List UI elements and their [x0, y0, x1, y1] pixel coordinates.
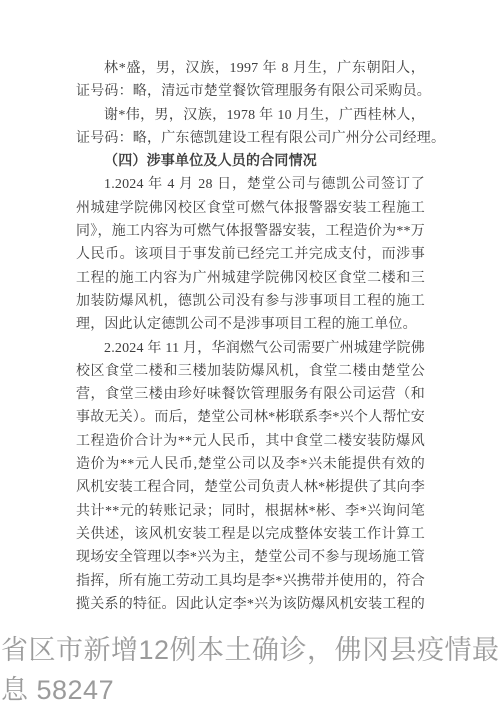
document-body: 林*盛，男，汉族，1997 年 8 月生，广东朝阳人，身份证号码：略，清远市楚堂… [76, 57, 425, 616]
document-line: （四）涉事单位及人员的合同情况 [76, 150, 425, 173]
document-line: 人民币。该项目于事发前已经完工并完成支付，而涉事项目 [76, 243, 425, 266]
document-line: 现场安全管理以李*兴为主，楚堂公司不参与现场施工管理 [76, 546, 425, 569]
document-line: 同》，施工内容为可燃气体报警器安装，工程造价为**万元 [76, 220, 425, 243]
document-line: 事故无关）。而后，楚堂公司林*彬联系李*兴个人帮忙安装， [76, 406, 425, 429]
document-line: 证号码：略，广东德凯建设工程有限公司广州分公司经理。 [76, 127, 425, 150]
document-line: 证号码：略，清远市楚堂餐饮管理服务有限公司采购员。 [76, 80, 425, 103]
document-line: 指挥，所有施工劳动工具均是李*兴携带并使用的，符合承 [76, 570, 425, 593]
document-line: 校区食堂二楼和三楼加装防爆风机，食堂二楼由楚堂公司运 [76, 360, 425, 383]
document-line: 加装防爆风机，德凯公司没有参与涉事项目工程的施工管 [76, 290, 425, 313]
document-line: 工程的施工内容为广州城建学院佛冈校区食堂二楼和三楼 [76, 267, 425, 290]
document-line: 营，食堂三楼由珍好味餐饮管理服务有限公司运营（和本次 [76, 383, 425, 406]
document-line: 共计**元的转账记录；同时，根据林*彬、李*兴询问笔录有 [76, 500, 425, 523]
document-line: 2.2024 年 11 月，华润燃气公司需要广州城建学院佛冈 [76, 337, 425, 360]
document-line: 州城建学院佛冈校区食堂可燃气体报警器安装工程施工合 [76, 197, 425, 220]
document-line: 揽关系的特征。因此认定李*兴为该防爆风机安装工程的实 [76, 593, 425, 616]
caption-line-2: 息 58247 [1, 677, 114, 704]
document-line: 1.2024 年 4 月 28 日，楚堂公司与德凯公司签订了《广 [76, 173, 425, 196]
page: 林*盛，男，汉族，1997 年 8 月生，广东朝阳人，身份证号码：略，清远市楚堂… [0, 0, 500, 707]
caption-line-1: 省区市新增12例本土确诊，佛冈县疫情最新 [1, 637, 500, 664]
document-line: 关供述，该风机安装工程是以完成整体安装工作计算工钱， [76, 523, 425, 546]
document-line: 工程造价合计为**元人民币，其中食堂二楼安装防爆风机的 [76, 430, 425, 453]
document-line: 理，因此认定德凯公司不是涉事项目工程的施工单位。 [76, 313, 425, 336]
document-line: 谢*伟，男，汉族，1978 年 10 月生，广西桂林人，身份 [76, 104, 425, 127]
document-line: 风机安装工程合同，楚堂公司负责人林*彬提供了其向李*兴 [76, 476, 425, 499]
document-line: 林*盛，男，汉族，1997 年 8 月生，广东朝阳人，身份 [76, 57, 425, 80]
document-line: 造价为**元人民币,楚堂公司以及李*兴未能提供有效的防爆 [76, 453, 425, 476]
